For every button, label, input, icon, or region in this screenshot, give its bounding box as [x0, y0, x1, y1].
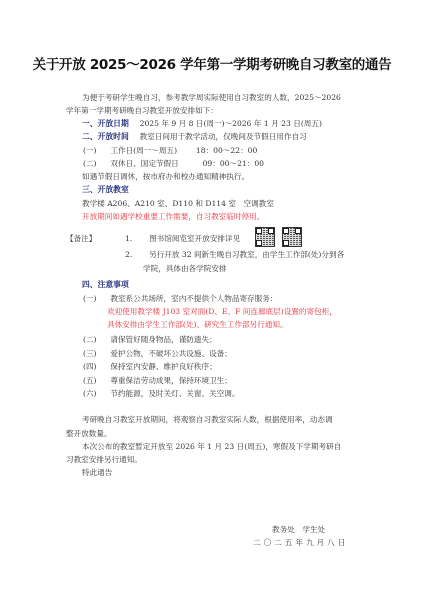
time-item-label: 工作日(周一～周五): [110, 146, 177, 155]
section-rooms: 三、开放教室: [82, 185, 129, 195]
note-num: (三): [83, 349, 97, 358]
note-item-2: (二) 请保管好随身物品，谨防遗失；: [83, 335, 217, 345]
note-num: (六): [83, 389, 97, 398]
section-notes: 四、注意事项: [82, 280, 129, 290]
document-title: 关于开放 2025～2026 学年第一学期考研晚自习教室的通告: [0, 53, 424, 73]
closing-para-2-line-2: 习教室安排另行通知。: [66, 455, 142, 465]
note-text: 节约能源，及时关灯、关窗、关空调。: [110, 389, 239, 398]
rooms-text: 教学楼 A206、A210 室、D110 和 D114 室 空调教室: [82, 199, 274, 209]
remark-text: 另行开放 32 间新生晚自习教室，由学生工作部(处)分到各: [149, 250, 344, 259]
note-num: (四): [83, 362, 97, 371]
signature-date: 二〇二五年九月八日: [253, 538, 348, 548]
note-num: (二): [83, 335, 97, 344]
section-time-text: 教室日间用于教学活动，仅晚间及节假日用作自习: [140, 132, 307, 141]
time-item-time: 18：00～22：00: [196, 146, 257, 155]
time-item-num: (二): [83, 159, 97, 168]
time-item-1: (一) 工作日(周一～周五) 18：00～22：00: [83, 146, 257, 156]
note-item-5: (五) 尊重保洁劳动成果，保持环境卫生；: [83, 376, 232, 386]
note-text: 爱护公物，不破坏公共设施、设备；: [110, 349, 232, 358]
closing-para-1-line-1: 考研晚自习教室开放期间，将观察自习教室实际人数，根据使用率，动态调: [82, 415, 333, 425]
remarks-label: 【备注】: [66, 234, 96, 244]
note-item-3: (三) 爱护公物，不破坏公共设施、设备；: [83, 349, 232, 359]
remark-text: 图书馆阅览室开放安排详见: [149, 234, 240, 243]
time-item-time: 09：00～21：00: [203, 159, 264, 168]
time-note: 如遇节假日调休，按市府办和校办通知精神执行。: [82, 172, 249, 182]
qr-code-2[interactable]: [282, 227, 302, 247]
closing-para-3: 特此通告: [82, 468, 112, 478]
note-item-4: (四) 保持室内安静、维护良好秩序；: [83, 362, 217, 372]
notes-red-line-2: 具体安排由学生工作部(处)、研究生工作部另行通知。: [107, 320, 288, 330]
section-time: 二、开放时间 教室日间用于教学活动，仅晚间及节假日用作自习: [82, 132, 307, 142]
section-rooms-heading: 三、开放教室: [82, 185, 129, 194]
closing-para-2-line-1: 本次公布的教室暂定开放至 2026 年 1 月 23 日(周五)，寒假及下学期考…: [82, 442, 341, 452]
note-text: 请保管好随身物品，谨防遗失；: [110, 335, 216, 344]
time-item-num: (一): [83, 146, 97, 155]
remark-item-1: 1. 图书馆阅览室开放安排详见: [125, 234, 240, 244]
remark-item-2: 2. 另行开放 32 间新生晚自习教室，由学生工作部(处)分到各: [125, 250, 344, 260]
note-num: (五): [83, 376, 97, 385]
section-dates: 一、开放日期 2025 年 9 月 8 日(周一)～2026 年 1 月 23 …: [82, 119, 322, 129]
time-item-label: 双休日、国定节假日: [110, 159, 178, 168]
section-dates-heading: 一、开放日期: [82, 119, 129, 128]
remark-num: 1.: [125, 234, 132, 243]
rooms-warning: 开放期间如遇学校重要工作需要，自习教室临时停用。: [82, 212, 264, 222]
note-text: 保持室内安静、维护良好秩序；: [110, 362, 216, 371]
time-item-2: (二) 双休日、国定节假日 09：00～21：00: [83, 159, 264, 169]
intro-line-1: 为便于考研学生晚自习，参考教学周实际使用自习教室的人数，2025～2026: [82, 93, 341, 103]
notes-red-line-1: 欢迎使用教学楼 J103 室对面(D、E、F 间连廊底层)设置的寄包柜，: [107, 307, 337, 317]
remark-item-2-cont: 学院，具体由各学院安排: [143, 264, 227, 274]
remark-num: 2.: [125, 250, 132, 259]
note-text: 教室系公共场所，室内不提供个人物品寄存服务：: [110, 294, 277, 303]
note-num: (一): [83, 294, 97, 303]
signature-issuers: 教务处 学生处: [272, 525, 325, 535]
closing-para-1-line-2: 整开放数量。: [66, 429, 112, 439]
section-notes-heading: 四、注意事项: [82, 280, 129, 289]
note-item-1: (一) 教室系公共场所，室内不提供个人物品寄存服务：: [83, 294, 277, 304]
intro-line-2: 学年第一学期考研晚自习教室开放安排如下：: [66, 106, 218, 116]
section-dates-text: 2025 年 9 月 8 日(周一)～2026 年 1 月 23 日(周五): [140, 119, 322, 128]
document-page: 关于开放 2025～2026 学年第一学期考研晚自习教室的通告 为便于考研学生晚…: [0, 0, 424, 599]
note-text: 尊重保洁劳动成果，保持环境卫生；: [110, 376, 232, 385]
section-time-heading: 二、开放时间: [82, 132, 129, 141]
qr-code-1[interactable]: [255, 227, 275, 247]
note-item-6: (六) 节约能源，及时关灯、关窗、关空调。: [83, 389, 239, 399]
